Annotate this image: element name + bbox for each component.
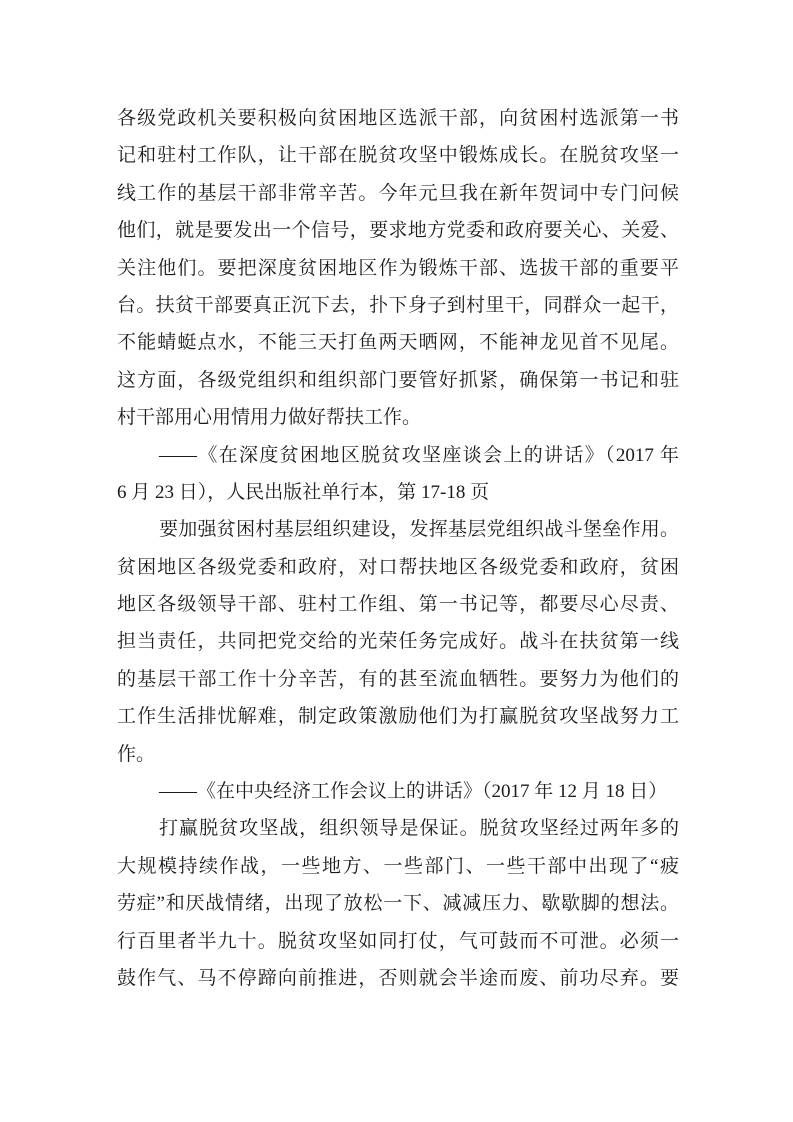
- text-line: 担当责任，共同把党交给的光荣任务完成好。战斗在扶贫第一线: [117, 623, 679, 660]
- text-block: 各级党政机关要积极向贫困地区选派干部，向贫困村选派第一书记和驻村工作队，让干部在…: [117, 100, 679, 997]
- text-line: 关注他们。要把深度贫困地区作为锻炼干部、选拔干部的重要平: [117, 250, 679, 287]
- text-line: 不能蜻蜓点水，不能三天打鱼两天晒网，不能神龙见首不见尾。: [117, 324, 679, 361]
- text-line: 这方面，各级党组织和组织部门要管好抓紧，确保第一书记和驻: [117, 362, 679, 399]
- text-line: 地区各级领导干部、驻村工作组、第一书记等，都要尽心尽责、: [117, 586, 679, 623]
- text-line: 行百里者半九十。脱贫攻坚如同打仗，气可鼓而不可泄。必须一: [117, 923, 679, 960]
- text-line: 贫困地区各级党委和政府，对口帮扶地区各级党委和政府，贫困: [117, 549, 679, 586]
- text-line: 工作生活排忧解难，制定政策激励他们为打赢脱贫攻坚战努力工: [117, 698, 679, 735]
- text-line: 的基层干部工作十分辛苦，有的甚至流血牺牲。要努力为他们的: [117, 661, 679, 698]
- text-line: 记和驻村工作队，让干部在脱贫攻坚中锻炼成长。在脱贫攻坚一: [117, 137, 679, 174]
- document-page: 各级党政机关要积极向贫困地区选派干部，向贫困村选派第一书记和驻村工作队，让干部在…: [0, 0, 793, 1122]
- text-line: 线工作的基层干部非常辛苦。今年元旦我在新年贺词中专门问候: [117, 175, 679, 212]
- text-line: 各级党政机关要积极向贫困地区选派干部，向贫困村选派第一书: [117, 100, 679, 137]
- text-line: 村干部用心用情用力做好帮扶工作。: [117, 399, 679, 436]
- text-line: 要加强贫困村基层组织建设，发挥基层党组织战斗堡垒作用。: [117, 511, 679, 548]
- text-line: 大规模持续作战，一些地方、一些部门、一些干部中出现了“疲: [117, 848, 679, 885]
- text-line: 他们，就是要发出一个信号，要求地方党委和政府要关心、关爱、: [117, 212, 679, 249]
- text-line: 作。: [117, 736, 679, 773]
- text-line: 6 月 23 日），人民出版社单行本，第 17-18 页: [117, 474, 679, 511]
- text-line: 劳症”和厌战情绪，出现了放松一下、减减压力、歇歇脚的想法。: [117, 885, 679, 922]
- text-line: ——《在深度贫困地区脱贫攻坚座谈会上的讲话》（2017 年: [117, 437, 679, 474]
- text-line: 台。扶贫干部要真正沉下去，扑下身子到村里干，同群众一起干，: [117, 287, 679, 324]
- text-line: 打赢脱贫攻坚战，组织领导是保证。脱贫攻坚经过两年多的: [117, 810, 679, 847]
- text-line: 鼓作气、马不停蹄向前推进，否则就会半途而废、前功尽弃。要: [117, 960, 679, 997]
- text-line: ——《在中央经济工作会议上的讲话》（2017 年 12 月 18 日）: [117, 773, 679, 810]
